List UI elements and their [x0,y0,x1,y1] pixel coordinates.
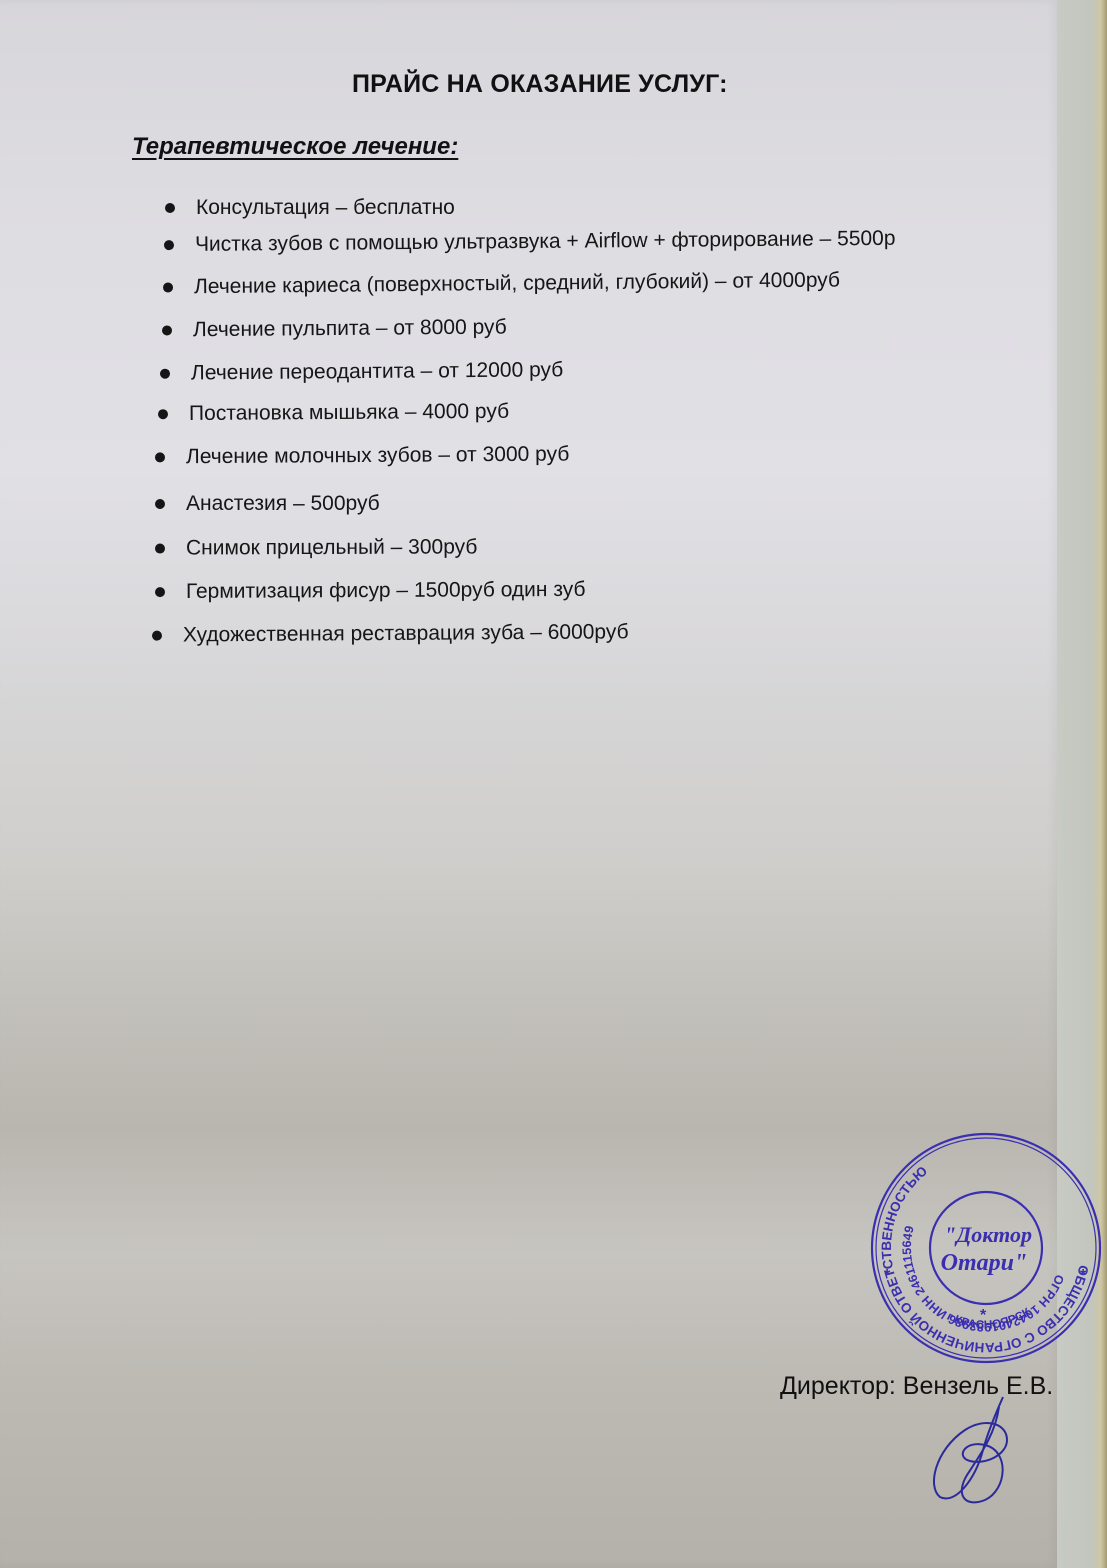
svg-text:*: * [980,1307,987,1324]
bullet-icon [165,203,175,213]
stamp-inner-ring [930,1192,1042,1304]
service-text: Анастезия – 500руб [186,492,380,516]
service-text: Художественная реставрация зуба – 6000ру… [183,620,629,647]
list-item: Лечение молочных зубов – от 3000 руб [155,443,569,470]
service-text: Лечение молочных зубов – от 3000 руб [186,443,569,470]
page-title: ПРАЙС НА ОКАЗАНИЕ УСЛУГ: [352,70,728,99]
list-item: Художественная реставрация зуба – 6000ру… [152,620,629,647]
list-item: Лечение переодантита – от 12000 руб [160,358,563,386]
service-text: Консультация – бесплатно [196,196,455,220]
bullet-icon [155,587,165,597]
bullet-icon [155,544,165,554]
list-item: Лечение пульпита – от 8000 руб [162,315,507,342]
list-item: Снимок прицельный – 300руб [155,535,477,560]
service-text: Лечение пульпита – от 8000 руб [193,315,507,342]
bullet-icon [163,282,173,292]
section-title: Терапевтическое лечение: [132,133,458,161]
service-text: Постановка мышьяка – 4000 руб [189,400,509,426]
bullet-icon [162,325,172,335]
bullet-icon [155,452,165,462]
list-item: Консультация – бесплатно [165,196,455,220]
bullet-icon [164,240,174,250]
bullet-icon [160,369,170,379]
service-text: Лечение переодантита – от 12000 руб [191,358,563,385]
svg-text:*: * [1080,1267,1087,1284]
handwritten-signature [925,1395,1035,1510]
service-text: Гермитизация фисур – 1500руб один зуб [186,578,586,604]
company-stamp: ОБЩЕСТВО С ОГРАНИЧЕННОЙ ОТВЕТСТВЕННОСТЬЮ… [866,1130,1106,1366]
list-item: Гермитизация фисур – 1500руб один зуб [155,578,586,604]
list-item: Анастезия – 500руб [155,492,380,516]
bullet-icon [155,499,165,509]
service-text: Снимок прицельный – 300руб [186,535,477,560]
svg-text:*: * [884,1267,891,1284]
bullet-icon [152,631,162,641]
stamp-center-line2: Отари" [941,1250,1028,1276]
bullet-icon [158,409,168,419]
list-item: Постановка мышьяка – 4000 руб [158,400,509,426]
stamp-center-line1: "Доктор [944,1222,1032,1247]
